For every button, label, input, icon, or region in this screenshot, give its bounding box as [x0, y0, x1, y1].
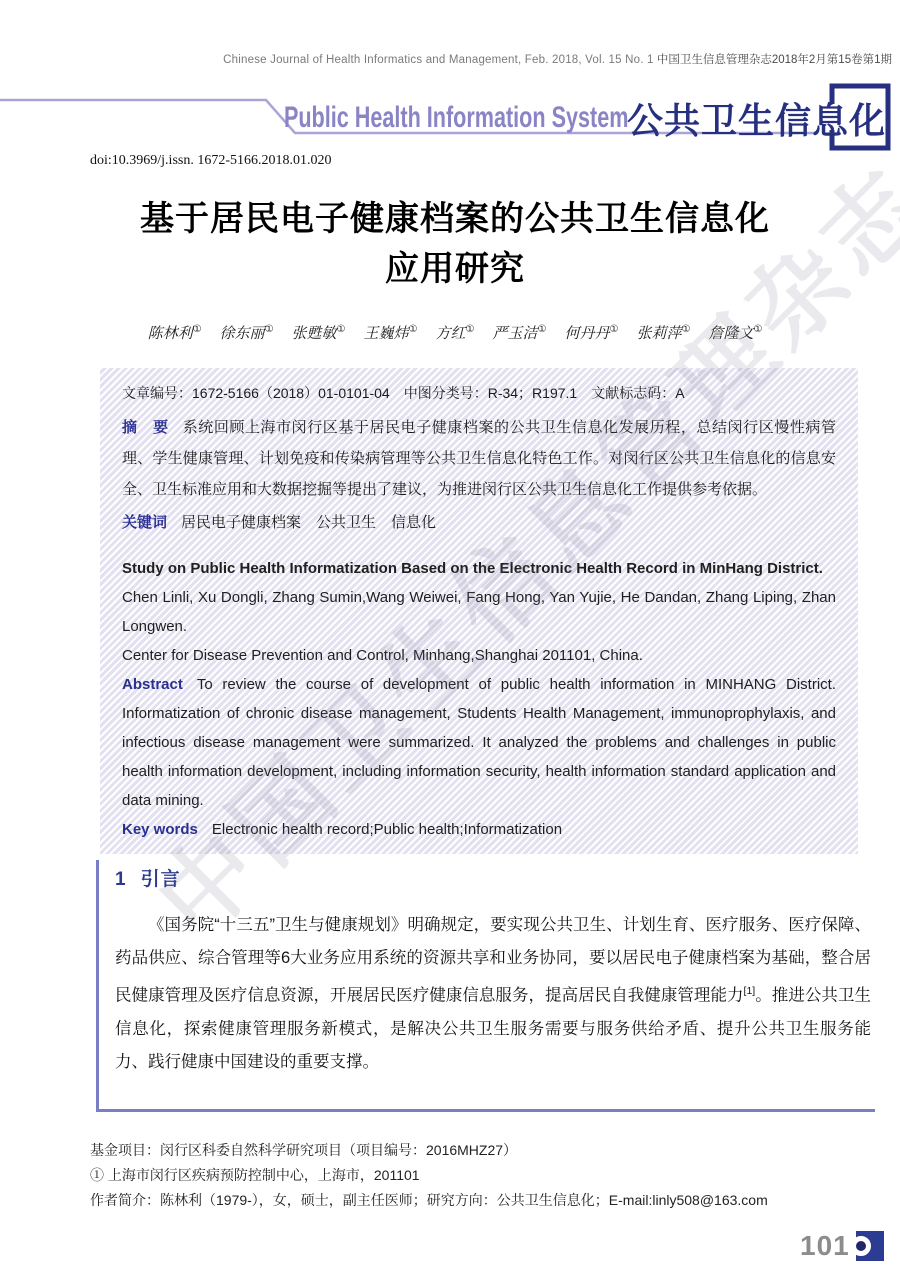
banner-title-zh: 公共卫生信息化 [627, 93, 886, 144]
banner-decoration [0, 0, 900, 170]
section-heading: 1引言 [115, 864, 875, 891]
section-number: 1 [115, 869, 127, 890]
abstract-box: 文章编号：1672-5166（2018）01-0101-04 中图分类号：R-3… [100, 368, 858, 854]
article-title-line1: 基于居民电子健康档案的公共卫生信息化 [60, 194, 850, 244]
section-title: 引言 [141, 869, 181, 890]
english-affiliation: Center for Disease Prevention and Contro… [122, 641, 836, 670]
page-number: 101 [800, 1230, 850, 1262]
abstract-zh: 摘 要系统回顾上海市闵行区基于居民电子健康档案的公共卫生信息化发展历程，总结闵行… [122, 412, 836, 505]
reference-mark: [1] [744, 985, 756, 997]
section-introduction: 1引言 《国务院“十三五”卫生与健康规划》明确规定，要实现公共卫生、计划生育、医… [96, 860, 875, 1112]
abstract-zh-text: 系统回顾上海市闵行区基于居民电子健康档案的公共卫生信息化发展历程，总结闵行区慢性… [122, 419, 836, 498]
article-title-line2: 应用研究 [60, 244, 850, 294]
author-name: 张甦敏① [292, 324, 346, 342]
author-name: 严玉洁① [492, 324, 546, 342]
authors-line: 陈林利①徐东丽①张甦敏①王巍炜①方红①严玉洁①何丹丹①张莉萍①詹隆文① [60, 322, 850, 343]
article-number-line: 文章编号：1672-5166（2018）01-0101-04 中图分类号：R-3… [122, 382, 836, 404]
english-keywords: Key wordsElectronic health record;Public… [122, 815, 836, 844]
journal-page: Chinese Journal of Health Informatics an… [0, 0, 900, 1277]
author-name: 王巍炜① [364, 324, 418, 342]
english-keywords-text: Electronic health record;Public health;I… [212, 821, 562, 838]
banner-title-en: Public Health Information System [284, 101, 628, 135]
author-name: 徐东丽① [220, 324, 274, 342]
footer-notes: 基金项目：闵行区科委自然科学研究项目（项目编号：2016MHZ27）① 上海市闵… [90, 1138, 810, 1213]
english-block: Study on Public Health Informatization B… [122, 554, 836, 844]
section-paragraph: 《国务院“十三五”卫生与健康规划》明确规定，要实现公共卫生、计划生育、医疗服务、… [115, 909, 875, 1079]
abstract-zh-label: 摘 要 [122, 419, 169, 436]
english-abstract-text: To review the course of development of p… [122, 676, 836, 809]
keywords-zh: 关键词居民电子健康档案 公共卫生 信息化 [122, 507, 836, 538]
author-name: 何丹丹① [564, 324, 618, 342]
english-authors: Chen Linli, Xu Dongli, Zhang Sumin,Wang … [122, 583, 836, 641]
english-keywords-label: Key words [122, 821, 198, 838]
footer-note-line: 作者简介：陈林利（1979-），女，硕士，副主任医师；研究方向：公共卫生信息化；… [90, 1188, 810, 1213]
journal-logo-icon [856, 1231, 884, 1261]
english-abstract: AbstractTo review the course of developm… [122, 670, 836, 815]
footer-note-line: 基金项目：闵行区科委自然科学研究项目（项目编号：2016MHZ27） [90, 1138, 810, 1163]
english-abstract-label: Abstract [122, 676, 183, 693]
author-name: 詹隆文① [708, 324, 762, 342]
article-title: 基于居民电子健康档案的公共卫生信息化 应用研究 [60, 194, 850, 294]
english-title: Study on Public Health Informatization B… [122, 554, 836, 583]
page-corner: 101 [800, 1230, 884, 1262]
keywords-zh-text: 居民电子健康档案 公共卫生 信息化 [181, 514, 436, 531]
footer-note-line: ① 上海市闵行区疾病预防控制中心，上海市，201101 [90, 1163, 810, 1188]
logo-ring-icon [851, 1236, 871, 1256]
author-name: 方红① [436, 324, 475, 342]
author-name: 张莉萍① [636, 324, 690, 342]
keywords-zh-label: 关键词 [122, 514, 167, 531]
author-name: 陈林利① [148, 324, 202, 342]
